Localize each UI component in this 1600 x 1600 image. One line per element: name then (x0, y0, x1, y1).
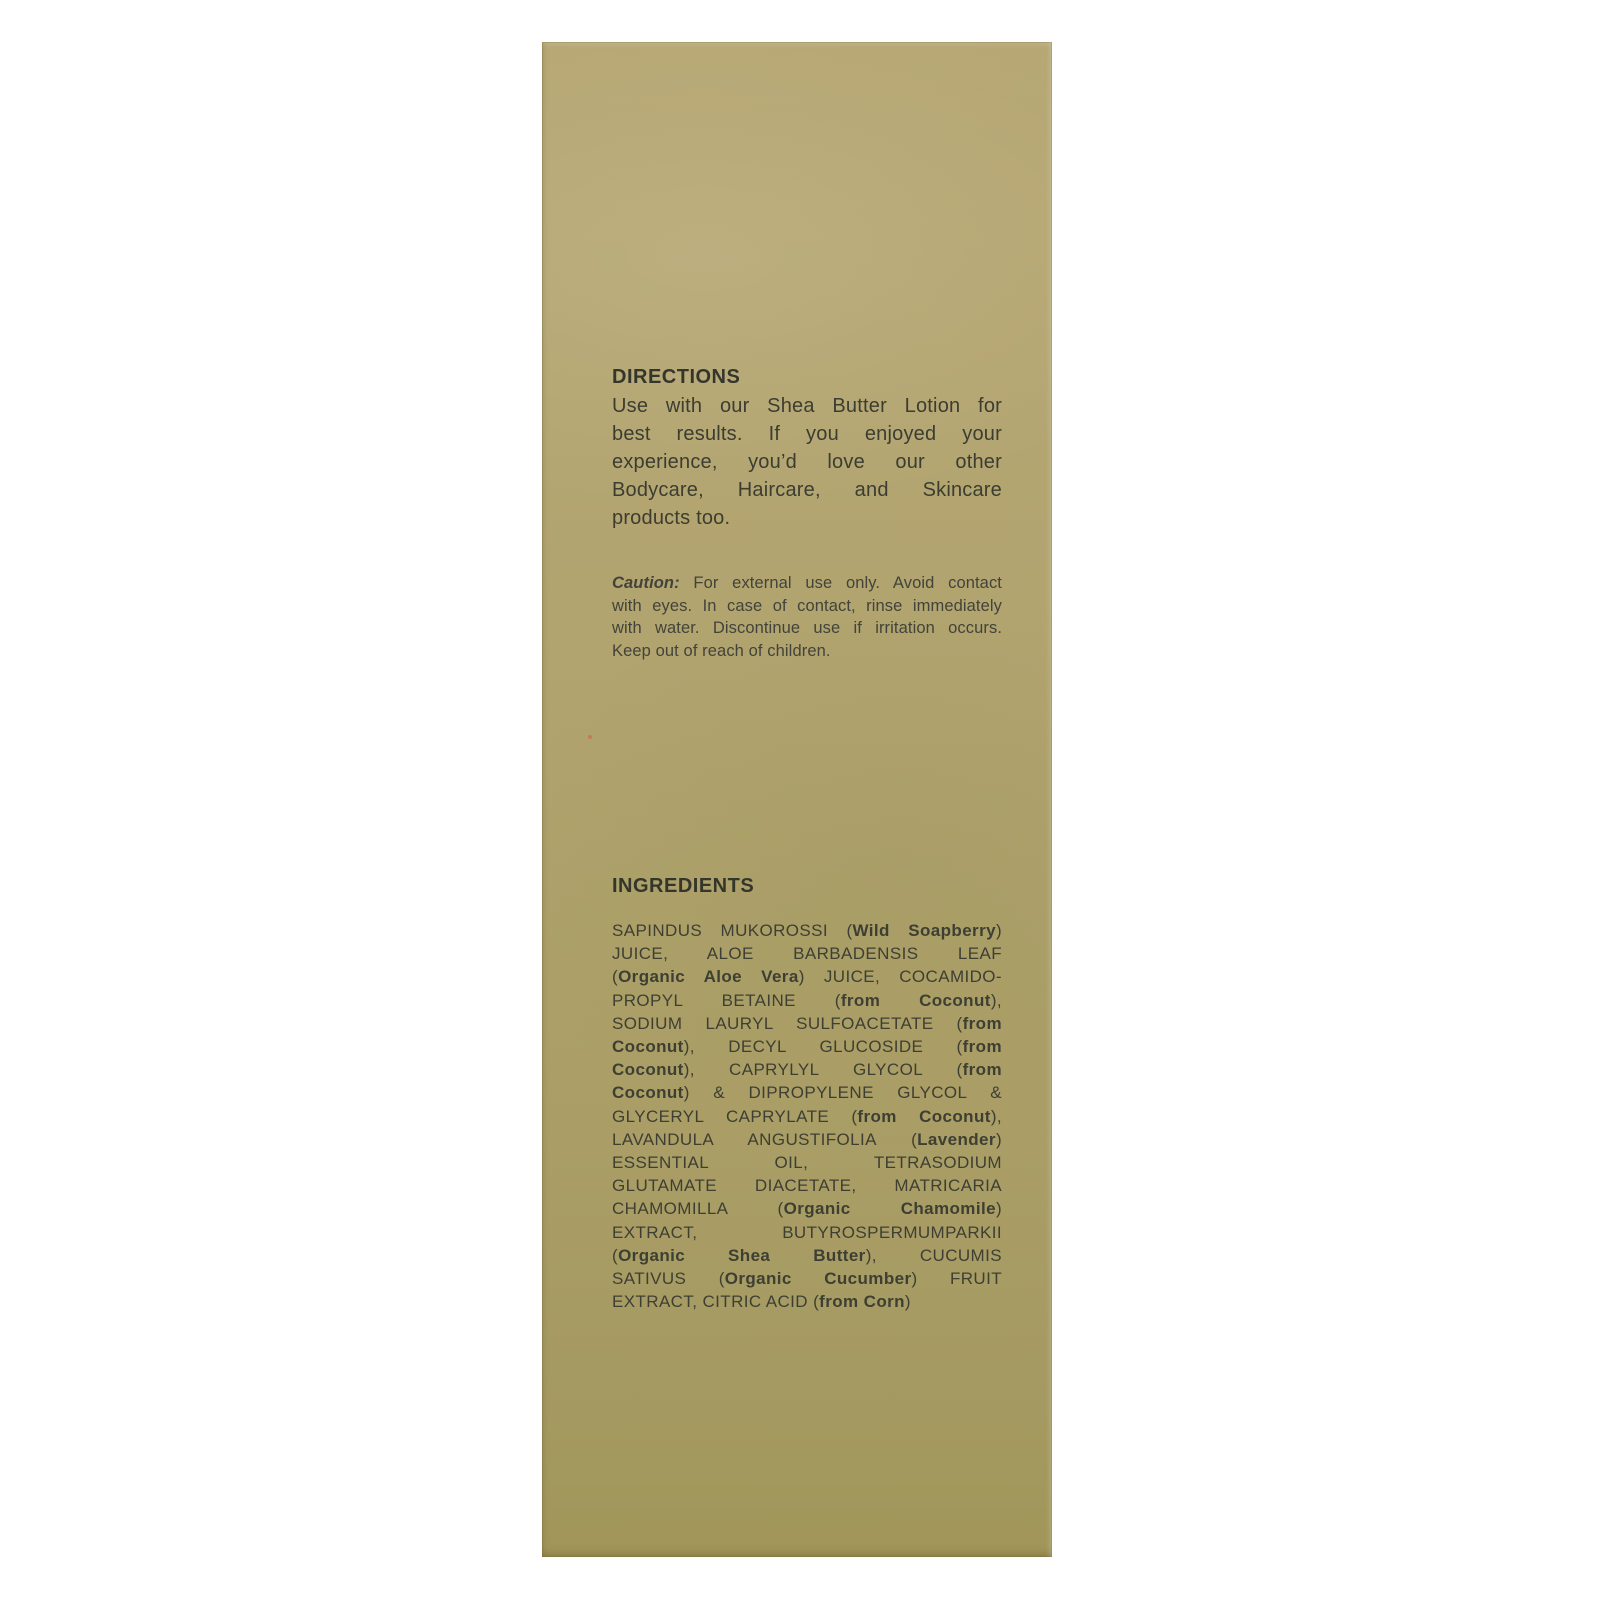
text-segment: ) (996, 1130, 1002, 1149)
ingredients-heading: INGREDIENTS (612, 873, 1002, 899)
text-line: with water. Discontinue use if irritatio… (612, 617, 1002, 640)
text-line: SAPINDUS MUKOROSSI (Wild Soapberry) (612, 919, 1002, 942)
text-segment: with water. Discontinue use if irritatio… (612, 619, 1002, 637)
text-line: best results. If you enjoyed your (612, 420, 1002, 448)
emphasis-text: Organic Shea Butter (618, 1246, 866, 1265)
text-segment: JUICE, ALOE BARBADENSIS LEAF (612, 944, 1002, 963)
text-segment: LAVANDULA ANGUSTIFOLIA ( (612, 1130, 917, 1149)
emphasis-text: from (963, 1037, 1002, 1056)
text-line: ESSENTIAL OIL, TETRASODIUM (612, 1151, 1002, 1174)
directions-section: DIRECTIONS Use with our Shea Butter Loti… (612, 364, 1002, 532)
text-segment: ) & DIPROPYLENE GLYCOL & (684, 1083, 1002, 1102)
text-segment: ) (905, 1292, 911, 1311)
text-segment: CHAMOMILLA ( (612, 1199, 784, 1218)
text-line: Coconut) & DIPROPYLENE GLYCOL & (612, 1081, 1002, 1104)
text-line: with eyes. In case of contact, rinse imm… (612, 595, 1002, 618)
emphasis-text: Organic Chamomile (784, 1199, 996, 1218)
emphasis-text: Coconut (612, 1083, 684, 1102)
text-line: products too. (612, 504, 1002, 532)
emphasis-text: Organic Aloe Vera (618, 967, 799, 986)
text-line: experience, you’d love our other (612, 448, 1002, 476)
text-segment: For external use only. Avoid contact (680, 574, 1002, 592)
text-line: (Organic Shea Butter), CUCUMIS (612, 1244, 1002, 1267)
text-line: Coconut), DECYL GLUCOSIDE (from (612, 1035, 1002, 1058)
text-segment: EXTRACT, BUTYROSPERMUMPARKII (612, 1223, 1002, 1242)
ingredients-section: INGREDIENTS SAPINDUS MUKOROSSI (Wild Soa… (612, 873, 1002, 1313)
text-line: PROPYL BETAINE (from Coconut), (612, 989, 1002, 1012)
emphasis-text: Coconut (612, 1060, 684, 1079)
text-line: Coconut), CAPRYLYL GLYCOL (from (612, 1058, 1002, 1081)
text-line: JUICE, ALOE BARBADENSIS LEAF (612, 942, 1002, 965)
text-line: Bodycare, Haircare, and Skincare (612, 476, 1002, 504)
text-segment: EXTRACT, CITRIC ACID ( (612, 1292, 819, 1311)
text-segment: Keep out of reach of children. (612, 642, 831, 660)
text-line: EXTRACT, BUTYROSPERMUMPARKII (612, 1221, 1002, 1244)
text-segment: Bodycare, Haircare, and Skincare (612, 479, 1002, 501)
text-segment: ), DECYL GLUCOSIDE ( (684, 1037, 963, 1056)
text-segment: ESSENTIAL OIL, TETRASODIUM (612, 1153, 1002, 1172)
caution-text: Caution: For external use only. Avoid co… (612, 572, 1002, 663)
text-line: (Organic Aloe Vera) JUICE, COCAMIDO- (612, 965, 1002, 988)
emphasis-text: from Coconut (841, 991, 991, 1010)
text-segment: ) JUICE, COCAMIDO- (799, 967, 1002, 986)
text-segment: ) (996, 921, 1002, 940)
caution-section: Caution: For external use only. Avoid co… (612, 572, 1002, 663)
emphasis-text: from Coconut (857, 1107, 990, 1126)
emphasis-text: from (963, 1014, 1002, 1033)
text-line: LAVANDULA ANGUSTIFOLIA (Lavender) (612, 1128, 1002, 1151)
text-line: SATIVUS (Organic Cucumber) FRUIT (612, 1267, 1002, 1290)
text-segment: SATIVUS ( (612, 1269, 725, 1288)
product-photo-background: DIRECTIONS Use with our Shea Butter Loti… (0, 0, 1600, 1600)
text-segment: GLUTAMATE DIACETATE, MATRICARIA (612, 1176, 1002, 1195)
text-segment: SODIUM LAURYL SULFOACETATE ( (612, 1014, 963, 1033)
emphasis-text: from Corn (819, 1292, 905, 1311)
text-segment: SAPINDUS MUKOROSSI ( (612, 921, 853, 940)
text-segment: ) FRUIT (911, 1269, 1002, 1288)
directions-heading: DIRECTIONS (612, 364, 1002, 390)
emphasis-text: Lavender (917, 1130, 996, 1149)
text-segment: products too. (612, 507, 730, 529)
text-segment: with eyes. In case of contact, rinse imm… (612, 597, 1002, 615)
emphasis-text: from (963, 1060, 1002, 1079)
paper-fleck (588, 735, 592, 739)
text-segment: ), (991, 1107, 1002, 1126)
text-segment: ) (996, 1199, 1002, 1218)
directions-text: Use with our Shea Butter Lotion forbest … (612, 392, 1002, 532)
ingredients-text: SAPINDUS MUKOROSSI (Wild Soapberry)JUICE… (612, 919, 1002, 1313)
emphasis-text: Organic Cucumber (725, 1269, 912, 1288)
kraft-box-back-panel: DIRECTIONS Use with our Shea Butter Loti… (542, 42, 1052, 1557)
text-line: CHAMOMILLA (Organic Chamomile) (612, 1197, 1002, 1220)
text-segment: experience, you’d love our other (612, 451, 1002, 473)
text-line: EXTRACT, CITRIC ACID (from Corn) (612, 1290, 1002, 1313)
text-segment: Use with our Shea Butter Lotion for (612, 395, 1002, 417)
text-segment: best results. If you enjoyed your (612, 423, 1002, 445)
emphasis-text: Wild Soapberry (853, 921, 996, 940)
emphasis-text: Caution: (612, 574, 680, 592)
text-segment: ), CAPRYLYL GLYCOL ( (684, 1060, 963, 1079)
text-line: Caution: For external use only. Avoid co… (612, 572, 1002, 595)
text-segment: PROPYL BETAINE ( (612, 991, 841, 1010)
emphasis-text: Coconut (612, 1037, 684, 1056)
text-segment: GLYCERYL CAPRYLATE ( (612, 1107, 857, 1126)
text-segment: ), CUCUMIS (866, 1246, 1002, 1265)
text-line: Keep out of reach of children. (612, 640, 1002, 663)
text-line: GLUTAMATE DIACETATE, MATRICARIA (612, 1174, 1002, 1197)
text-line: Use with our Shea Butter Lotion for (612, 392, 1002, 420)
text-line: GLYCERYL CAPRYLATE (from Coconut), (612, 1105, 1002, 1128)
text-segment: ), (991, 991, 1002, 1010)
text-line: SODIUM LAURYL SULFOACETATE (from (612, 1012, 1002, 1035)
